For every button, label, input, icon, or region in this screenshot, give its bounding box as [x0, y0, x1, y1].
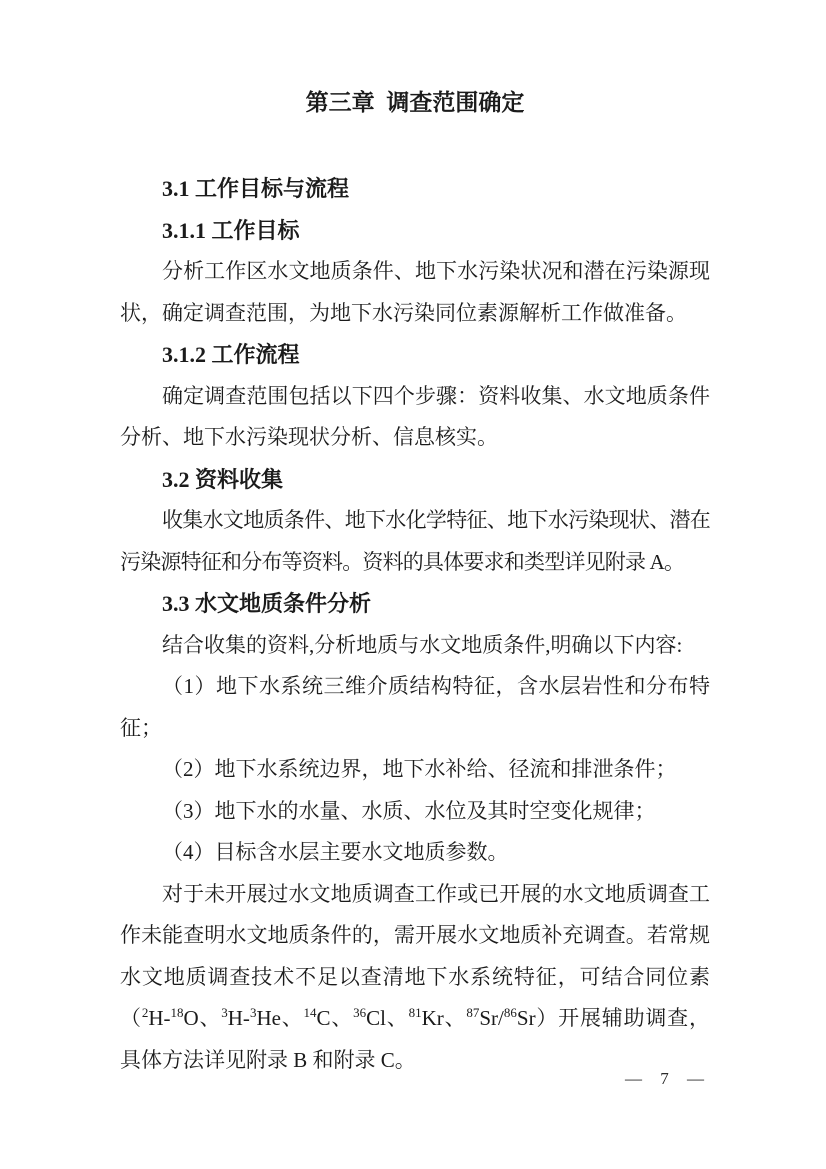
document-page: 第三章 调查范围确定 3.1 工作目标与流程 3.1.1 工作目标 分析工作区水… [0, 0, 826, 1169]
chapter-title: 第三章 调查范围确定 [120, 82, 710, 124]
isotope-superscript: 2 [142, 1005, 149, 1020]
paragraph-3-1-2-body: 确定调查范围包括以下四个步骤：资料收集、水文地质条件分析、地下水污染现状分析、信… [120, 376, 710, 459]
list-item-2: （2）地下水系统边界，地下水补给、径流和排泄条件； [120, 749, 710, 791]
isotope-superscript: 3 [221, 1005, 228, 1020]
paragraph-3-3-intro: 结合收集的资料,分析地质与水文地质条件,明确以下内容: [120, 625, 710, 667]
list-item-3: （3）地下水的水量、水质、水位及其时空变化规律； [120, 791, 710, 833]
heading-3-1-2: 3.1.2 工作流程 [120, 334, 710, 376]
heading-3-2: 3.2 资料收集 [120, 459, 710, 501]
heading-3-1: 3.1 工作目标与流程 [120, 168, 710, 210]
heading-3-1-1: 3.1.1 工作目标 [120, 210, 710, 252]
paragraph-3-2-body: 收集水文地质条件、地下水化学特征、地下水污染现状、潜在污染源特征和分布等资料。资… [120, 500, 710, 583]
heading-3-3: 3.3 水文地质条件分析 [120, 583, 710, 625]
isotope-superscript: 87 [466, 1005, 479, 1020]
document-content: 第三章 调查范围确定 3.1 工作目标与流程 3.1.1 工作目标 分析工作区水… [120, 82, 710, 1081]
isotope-superscript: 86 [504, 1005, 517, 1020]
isotope-superscript: 36 [353, 1005, 366, 1020]
paragraph-supplement-survey: 对于未开展过水文地质调查工作或已开展的水文地质调查工作未能查明水文地质条件的，需… [120, 874, 710, 1082]
isotope-superscript: 18 [170, 1005, 183, 1020]
isotope-superscript: 14 [304, 1005, 317, 1020]
isotope-superscript: 81 [409, 1005, 422, 1020]
list-item-4: （4）目标含水层主要水文地质参数。 [120, 832, 710, 874]
list-item-1: （1）地下水系统三维介质结构特征，含水层岩性和分布特征； [120, 666, 710, 749]
paragraph-3-1-1-body: 分析工作区水文地质条件、地下水污染状况和潜在污染源现状，确定调查范围，为地下水污… [120, 251, 710, 334]
isotope-superscript: 3 [250, 1005, 257, 1020]
page-number: — 7 — [625, 1068, 704, 1090]
